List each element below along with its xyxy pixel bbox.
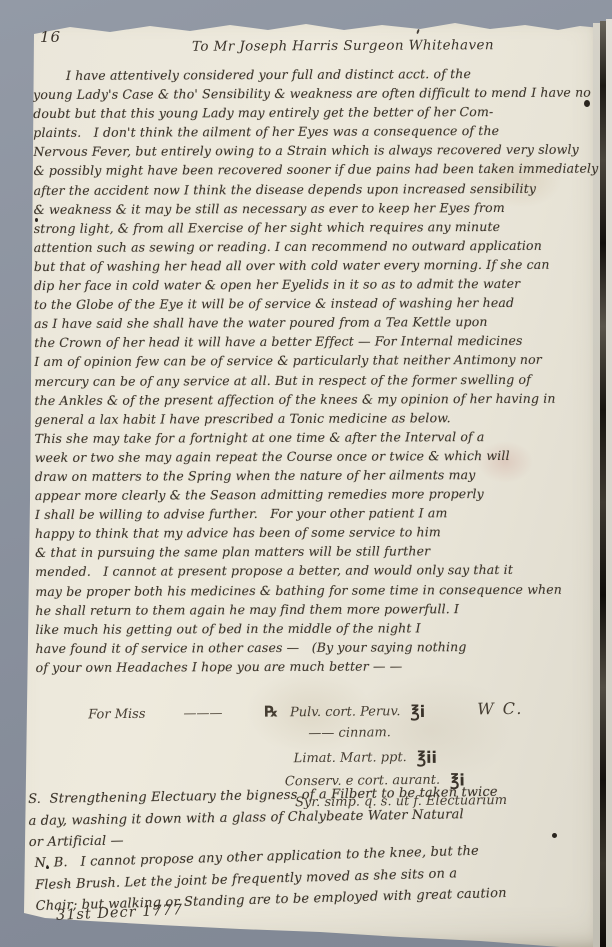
- letter-line: he shall return to them again he may fin…: [35, 598, 607, 620]
- letter-line: Nervous Fever, but entirely owing to a S…: [33, 140, 605, 162]
- letter-line: happy to think that my advice has been o…: [35, 522, 607, 544]
- letter-line: attention such as sewing or reading. I c…: [34, 235, 606, 257]
- letter-line: doubt but that this young Lady may entir…: [33, 102, 605, 124]
- letter-line: I have attentively considered your full …: [33, 64, 605, 86]
- letter-line: I shall be willing to advise further. Fo…: [35, 503, 607, 525]
- letter-line: but that of washing her head all over wi…: [34, 254, 606, 276]
- letter-line: to the Globe of the Eye it will be of se…: [34, 293, 606, 315]
- letter-line: like much his getting out of bed in the …: [35, 617, 607, 639]
- letter-line: dip her face in cold water & open her Ey…: [34, 274, 606, 296]
- letter-line: & that in pursuing the same plan matters…: [35, 541, 607, 563]
- letter-line: mended. I cannot at present propose a be…: [35, 560, 607, 582]
- letter-line: the Crown of her head it will have a bet…: [34, 331, 606, 353]
- letter-line: mercury can be of any service at all. Bu…: [34, 369, 606, 391]
- letter-line: plaints. I don't think the ailment of he…: [33, 121, 605, 143]
- page-number: 16: [40, 28, 61, 46]
- ink-spot: [584, 100, 590, 107]
- prescription-item: —— cinnam.: [308, 721, 391, 745]
- letter-line: This she may take for a fortnight at one…: [35, 426, 607, 448]
- letter-line: & weakness & it may be still as necessar…: [34, 197, 606, 219]
- letter-line: after the accident now I think the disea…: [33, 178, 605, 200]
- patient-label: For Miss: [88, 703, 146, 727]
- quantity: ℥i: [410, 700, 425, 723]
- prescription-header-row: For Miss———℞Pulv. cort. Peruv.℥iW C.: [33, 673, 593, 702]
- letter-line: as I have said she shall have the water …: [34, 312, 606, 334]
- prescription-block: For Miss———℞Pulv. cort. Peruv.℥iW C. —— …: [33, 673, 594, 794]
- letter-line: I am of opinion few can be of service & …: [34, 350, 606, 372]
- letter-line: & possibly might have been recovered soo…: [33, 159, 605, 181]
- photograph-background: 16 To Mr Joseph Harris Surgeon Whitehave…: [0, 0, 612, 947]
- dash-flourish: ———: [183, 702, 222, 725]
- ink-spot: [35, 218, 38, 222]
- letter-line: general a lax habit I have prescribed a …: [34, 407, 606, 429]
- physician-initials: W C.: [477, 697, 524, 720]
- quantity: ℥ii: [417, 746, 437, 769]
- letter-line: strong light, & from all Exercise of her…: [34, 216, 606, 238]
- letter-line: young Lady's Case & tho' Sensibility & w…: [33, 83, 605, 105]
- letter-line: may be proper both his medicines & bathi…: [35, 579, 607, 601]
- letter-line: the Ankles & of the present affection of…: [34, 388, 606, 410]
- letter-line: appear more clearly & the Season admitti…: [35, 484, 607, 506]
- ink-spot: [552, 833, 557, 838]
- letter-line: draw on matters to the Spring when the n…: [35, 464, 607, 486]
- ink-spot: [46, 866, 49, 869]
- letter-line: have found it of service in other cases …: [35, 636, 607, 658]
- rx-symbol: ℞: [264, 700, 278, 723]
- letter-heading: To Mr Joseph Harris Surgeon Whitehaven: [192, 37, 494, 55]
- letter-body: I have attentively considered your full …: [33, 64, 608, 677]
- letter-line: week or two she may again repeat the Cou…: [35, 445, 607, 467]
- next-page-edge: [606, 19, 612, 947]
